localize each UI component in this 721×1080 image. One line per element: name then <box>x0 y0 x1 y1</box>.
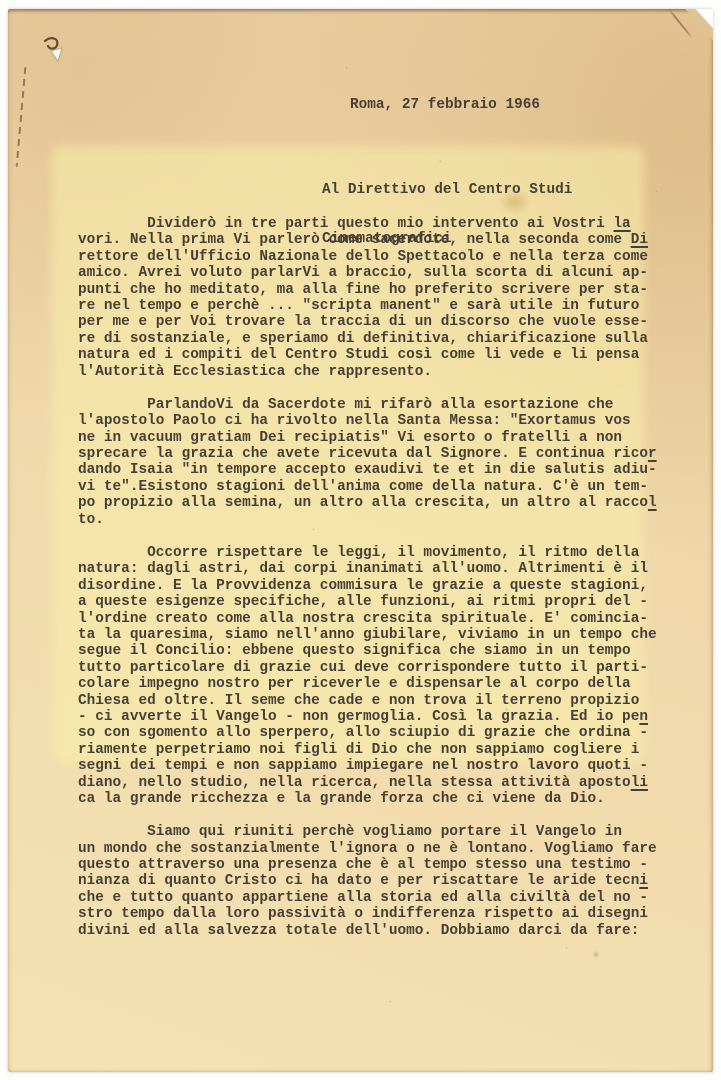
text-line: so con sgomento allo sperpero, allo sciu… <box>78 725 698 741</box>
staple-mark <box>41 37 67 69</box>
text-line: re nel tempo e perchè ... "scripta manen… <box>78 298 698 314</box>
paragraph: Occorre rispettare le leggi, il moviment… <box>78 545 698 808</box>
paragraph: Dividerò in tre parti questo mio interve… <box>78 216 698 380</box>
recipient-line: Al Direttivo del Centro Studi <box>322 182 572 198</box>
text-line: natura ed i compiti del Centro Studi cos… <box>78 347 698 363</box>
text-line: Siamo qui riuniti perchè vogliamo portar… <box>78 824 698 840</box>
text-line: diano, nello studio, nella ricerca, nell… <box>78 775 698 791</box>
text-line: per me e per Voi trovare la traccia di u… <box>78 314 698 330</box>
text-line: - ci avverte il Vangelo - non germoglia.… <box>78 709 698 725</box>
text-line: segni dei tempi e non sappiamo impiegare… <box>78 758 698 774</box>
text-line: stro tempo dalla loro passività o indiff… <box>78 906 698 922</box>
text-line: re di sostanziale, e speriamo di definit… <box>78 331 698 347</box>
text-line: divini ed alla salvezza totale dell'uomo… <box>78 923 698 939</box>
text-line: segue il Concilio: ebbene questo signifi… <box>78 643 698 659</box>
text-line: amico. Avrei voluto parlarVi a braccio, … <box>78 265 698 281</box>
paragraph: Siamo qui riuniti perchè vogliamo portar… <box>78 824 698 939</box>
folded-corner <box>667 9 713 49</box>
text-line: to. <box>78 512 698 528</box>
text-line: tutto particolare di grazie cui deve cor… <box>78 660 698 676</box>
text-line: un mondo che sostanzialmente l'ignora o … <box>78 841 698 857</box>
text-line: nianza di quanto Cristo ci ha dato e per… <box>78 873 698 889</box>
text-line: Dividerò in tre parti questo mio interve… <box>78 216 698 232</box>
staple-mark-graphic <box>41 37 67 69</box>
text-line: disordine. E la Provvidenza commisura le… <box>78 578 698 594</box>
text-line: a queste esigenze specifiche, alle funzi… <box>78 594 698 610</box>
text-line: dando Isaia "in tempore accepto exaudivi… <box>78 462 698 478</box>
text-line: questo attraverso una presenza che è al … <box>78 857 698 873</box>
text-line: l'Autorità Ecclesiastica che rappresento… <box>78 364 698 380</box>
scratch-mark <box>16 67 27 167</box>
text-line: colare impegno nostro per riceverle e di… <box>78 676 698 692</box>
paper-speckles <box>8 9 9 10</box>
text-line: l'apostolo Paolo ci ha rivolto nella San… <box>78 413 698 429</box>
text-line: l'ordine creato come alla nostra crescit… <box>78 611 698 627</box>
scanned-document: Roma, 27 febbraio 1966 Al Direttivo del … <box>0 0 721 1080</box>
text-line: punti che ho meditato, ma alla fine ho p… <box>78 282 698 298</box>
text-line: ta la quaresima, siamo nell'anno giubila… <box>78 627 698 643</box>
text-line: ParlandoVi da Sacerdote mi rifarò alla e… <box>78 397 698 413</box>
paragraph: ParlandoVi da Sacerdote mi rifarò alla e… <box>78 397 698 528</box>
text-line: sprecare la grazia che avete ricevuta da… <box>78 446 698 462</box>
text-line: vi te".Esistono stagioni dell'anima come… <box>78 479 698 495</box>
text-line: natura: dagli astri, dai corpi inanimati… <box>78 561 698 577</box>
stain-mark <box>592 951 600 958</box>
text-line: po propizio alla semina, un altro alla c… <box>78 495 698 511</box>
text-line: che e tutto quanto appartiene alla stori… <box>78 890 698 906</box>
letter-date: Roma, 27 febbraio 1966 <box>350 97 540 113</box>
text-line: ca la grande ricchezza e la grande forza… <box>78 791 698 807</box>
text-line: rettore dell'Ufficio Nazionale dello Spe… <box>78 249 698 265</box>
text-line: vori. Nella prima Vi parlerò come sacerd… <box>78 232 698 248</box>
text-line: Chiesa ed oltre. Il seme che cade e non … <box>78 693 698 709</box>
letter-body: Dividerò in tre parti questo mio interve… <box>78 216 698 939</box>
letter-page: Roma, 27 febbraio 1966 Al Direttivo del … <box>8 9 713 1072</box>
text-line: ne in vacuum gratiam Dei recipiatis" Vi … <box>78 430 698 446</box>
text-line: Occorre rispettare le leggi, il moviment… <box>78 545 698 561</box>
text-line: riamente perpetriamo noi figli di Dio ch… <box>78 742 698 758</box>
